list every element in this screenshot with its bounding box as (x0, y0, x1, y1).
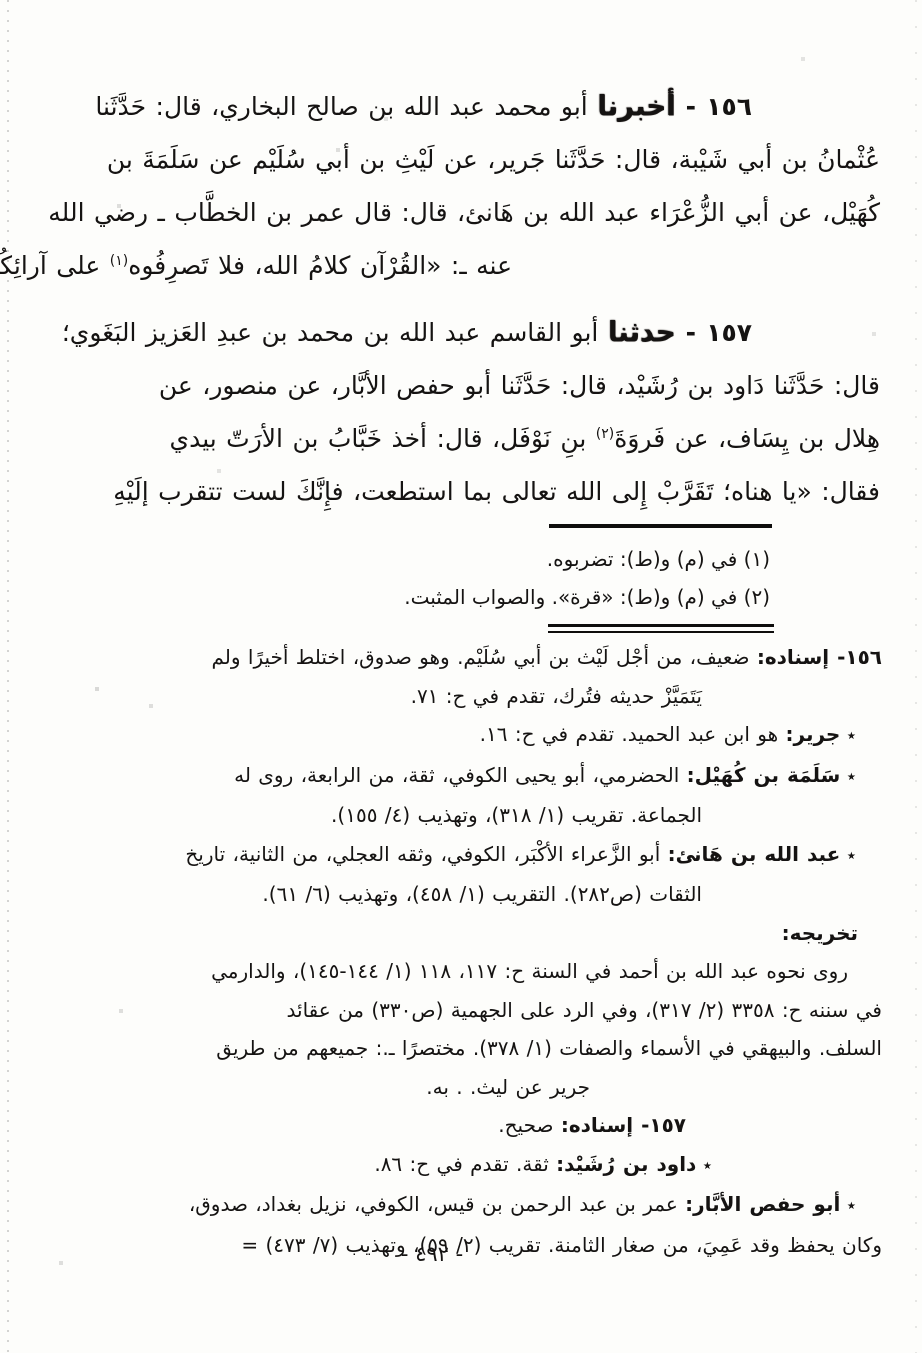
matn-text: أبو محمد عبد الله بن صالح البخاري، قال: … (95, 92, 597, 121)
commentary-text: عمر بن عبد الرحمن بن قيس، الكوفي، نزيل ب… (189, 1192, 685, 1216)
asterisk-marker: ٭ (840, 767, 856, 787)
hadith-number: ١٥٧ - (675, 318, 752, 347)
asterisk-marker: ٭ (840, 846, 856, 866)
takhrij-heading: تخريجه: (782, 921, 858, 945)
commentary-line: ١٥٧- إسناده: صحيح. (26, 1106, 882, 1145)
commentary-text: روى نحوه عبد الله بن أحمد في السنة ح: ١١… (211, 959, 848, 983)
commentary-line: السلف. والبيهقي في الأسماء والصفات (١/ ٣… (26, 1029, 882, 1068)
page-number: - ٤٩٢ - (372, 1242, 492, 1266)
footnote-text: (١) في (م) و(ط): تضربوه. (547, 547, 770, 571)
matn-line: فقال: «يا هناه؛ تَقَرَّبْ إِلى الله تعال… (40, 465, 880, 518)
matn-text: أبو القاسم عبد الله بن محمد بن عبدِ العَ… (62, 318, 608, 347)
commentary-line: ٭ جرير: هو ابن عبد الحميد. تقدم في ح: ١٦… (26, 715, 882, 756)
matn-text: عُثْمانُ بن أبي شَيْبة، قال: حَدَّثَنا ج… (107, 145, 880, 174)
commentary-text: جرير عن ليث. . به. (426, 1075, 590, 1099)
commentary-line: ٭ عبد الله بن هَانئ: أبو الزَّعراء الأكْ… (26, 835, 882, 876)
footnotes-block: (١) في (م) و(ط): تضربوه. (٢) في (م) و(ط)… (404, 540, 770, 616)
footnote-separator-rule (549, 524, 772, 528)
commentary-text: الحضرمي، أبو يحيى الكوفي، ثقة، من الرابع… (234, 763, 687, 787)
hadith-text-block: ١٥٦ - أخبرنا أبو محمد عبد الله بن صالح ا… (40, 80, 880, 518)
scan-artifact-left-edge (7, 0, 9, 1353)
narrator-name: سَلَمَة بن كُهَيْل: (687, 763, 841, 787)
asterisk-marker: ٭ (840, 726, 856, 746)
matn-line: ١٥٧ - حدثنا أبو القاسم عبد الله بن محمد … (40, 306, 880, 359)
commentary-text: وكان يحفظ وقد عَمِيَ، من صغار الثامنة. ت… (241, 1233, 882, 1257)
commentary-text: في سننه ح: ٣٣٥٨ (٢/ ٣١٧)، وفي الرد على ا… (287, 998, 883, 1022)
matn-text: قال: حَدَّثَنا دَاود بن رُشَيْد، قال: حَ… (159, 371, 880, 400)
commentary-line: يَتَمَيَّزْ حديثه فتُرك، تقدم في ح: ٧١. (26, 677, 882, 716)
isnad-grade-label: ١٥٧- إسناده: (561, 1113, 686, 1137)
commentary-line: جرير عن ليث. . به. (26, 1068, 882, 1107)
commentary-line: ٭ سَلَمَة بن كُهَيْل: الحضرمي، أبو يحيى … (26, 756, 882, 797)
section-separator-double-rule (548, 624, 774, 633)
commentary-line: في سننه ح: ٣٣٥٨ (٢/ ٣١٧)، وفي الرد على ا… (26, 991, 882, 1030)
narrator-name: عبد الله بن هَانئ: (668, 842, 841, 866)
commentary-text: ضعيف، من أجْل لَيْث بن أبي سُلَيْم. وهو … (211, 645, 756, 669)
isnad-grade-label: ١٥٦- إسناده: (757, 645, 882, 669)
matn-line: قال: حَدَّثَنا دَاود بن رُشَيْد، قال: حَ… (40, 359, 880, 412)
commentary-line: ١٥٦- إسناده: ضعيف، من أجْل لَيْث بن أبي … (26, 638, 882, 677)
hadith-number: ١٥٦ - (675, 92, 752, 121)
commentary-text: صحيح. (498, 1113, 561, 1137)
matn-line: عُثْمانُ بن أبي شَيْبة، قال: حَدَّثَنا ج… (40, 133, 880, 186)
matn-text: فقال: «يا هناه؛ تَقَرَّبْ إِلى الله تعال… (113, 477, 880, 506)
matn-text: بنِ نَوْفَل، قال: أخذ خَبَّابُ بن الأرَت… (170, 424, 596, 453)
matn-text: كُهَيْل، عن أبي الزُّعْرَاء عبد الله بن … (48, 198, 880, 227)
scanned-book-page: ١٥٦ - أخبرنا أبو محمد عبد الله بن صالح ا… (0, 0, 922, 1353)
commentary-line: تخريجه: (26, 914, 882, 953)
commentary-line: الجماعة. تقريب (١/ ٣١٨)، وتهذيب (٤/ ١٥٥)… (26, 796, 882, 835)
commentary-text: يَتَمَيَّزْ حديثه فتُرك، تقدم في ح: ٧١. (411, 684, 702, 708)
takhrij-commentary-block: ١٥٦- إسناده: ضعيف، من أجْل لَيْث بن أبي … (26, 638, 882, 1264)
commentary-text: ثقة. تقدم في ح: ٨٦. (374, 1152, 556, 1176)
matn-line: ١٥٦ - أخبرنا أبو محمد عبد الله بن صالح ا… (40, 80, 880, 133)
narrator-name: جرير: (786, 722, 841, 746)
footnote-line: (٢) في (م) و(ط): «قرة». والصواب المثبت. (404, 578, 770, 616)
narrator-name: أبو حفص الأبَّار: (685, 1192, 840, 1216)
commentary-line: الثقات (ص٢٨٢). التقريب (١/ ٤٥٨)، وتهذيب … (26, 875, 882, 914)
matn-line: هِلال بن يِسَاف، عن فَروَةَ(٢) بنِ نَوْف… (40, 412, 880, 465)
hadith-opening-word: حدثنا (608, 316, 676, 348)
commentary-line: ٭ أبو حفص الأبَّار: عمر بن عبد الرحمن بن… (26, 1185, 882, 1226)
commentary-line: روى نحوه عبد الله بن أحمد في السنة ح: ١١… (26, 952, 882, 991)
matn-text: هِلال بن يِسَاف، عن فَروَةَ (614, 424, 880, 453)
matn-line: كُهَيْل، عن أبي الزُّعْرَاء عبد الله بن … (40, 186, 880, 239)
commentary-line: ٭ داود بن رُشَيْد: ثقة. تقدم في ح: ٨٦. (26, 1145, 882, 1186)
footnote-line: (١) في (م) و(ط): تضربوه. (404, 540, 770, 578)
matn-text: على آرائِكُم». (0, 251, 110, 280)
narrator-name: داود بن رُشَيْد: (556, 1152, 696, 1176)
footnote-text: (٢) في (م) و(ط): «قرة». والصواب المثبت. (404, 585, 770, 609)
commentary-text: الثقات (ص٢٨٢). التقريب (١/ ٤٥٨)، وتهذيب … (262, 882, 702, 906)
asterisk-marker: ٭ (840, 1196, 856, 1216)
footnote-ref-2: (٢) (596, 426, 614, 442)
asterisk-marker: ٭ (696, 1156, 712, 1176)
scan-artifact-right-edge (915, 0, 917, 1353)
scan-noise-speckles (0, 0, 2, 2)
commentary-text: أبو الزَّعراء الأكْبَر، الكوفي، وثقه الع… (185, 842, 667, 866)
commentary-text: الجماعة. تقريب (١/ ٣١٨)، وتهذيب (٤/ ١٥٥)… (331, 803, 702, 827)
commentary-text: السلف. والبيهقي في الأسماء والصفات (١/ ٣… (216, 1036, 882, 1060)
matn-text: عنه ـ: «القُرْآن كلامُ الله، فلا تَصرِفُ… (128, 251, 512, 280)
footnote-ref-1: (١) (110, 253, 128, 269)
commentary-text: هو ابن عبد الحميد. تقدم في ح: ١٦. (480, 722, 786, 746)
hadith-opening-word: أخبرنا (597, 90, 675, 122)
matn-line: عنه ـ: «القُرْآن كلامُ الله، فلا تَصرِفُ… (40, 239, 880, 292)
